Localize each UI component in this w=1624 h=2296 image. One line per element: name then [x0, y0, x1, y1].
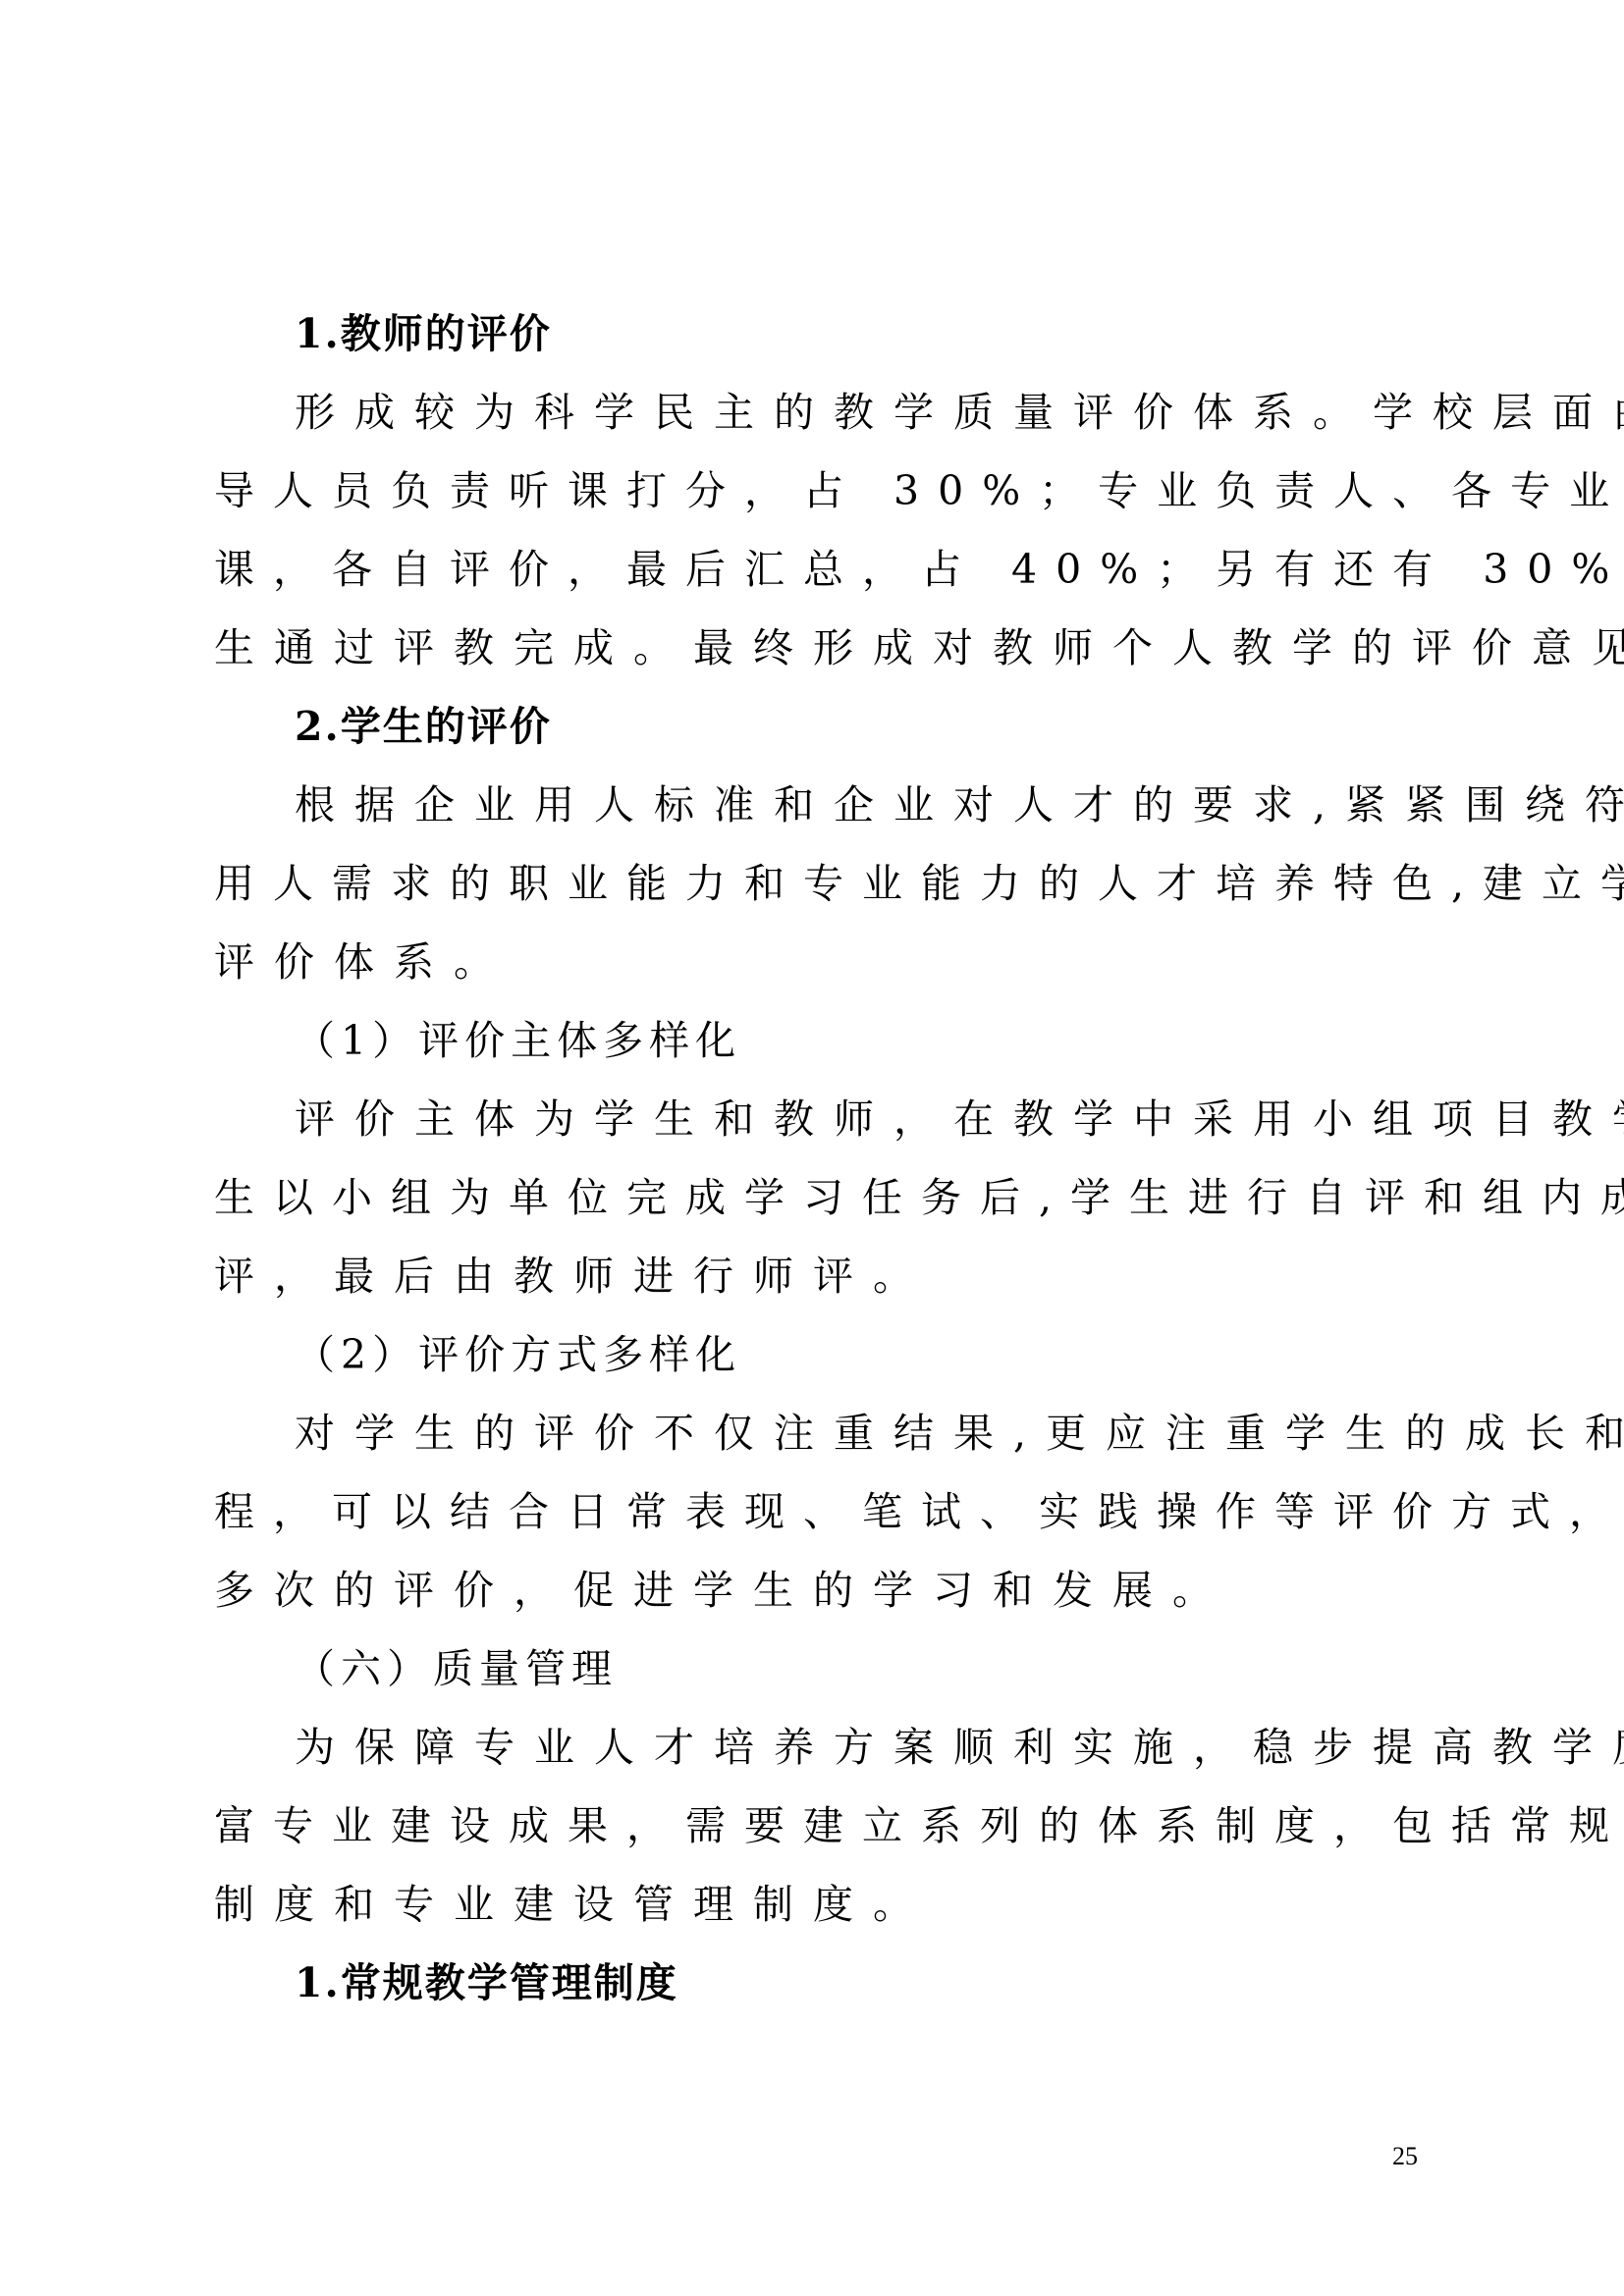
paragraph-line: 生通过评教完成。最终形成对教师个人教学的评价意见。 — [214, 624, 1422, 671]
paragraph-line: 评价主体为学生和教师，在教学中采用小组项目教学法，学 — [295, 1095, 1502, 1143]
paragraph-line: 课，各自评价，最后汇总，占 40%；另有还有 30%的评价是由学 — [214, 546, 1422, 593]
paragraph-line: 评价体系。 — [214, 938, 1422, 986]
paragraph-line: 形成较为科学民主的教学质量评价体系。学校层面由教学督 — [295, 389, 1502, 436]
paragraph-line: 程，可以结合日常表现、笔试、实践操作等评价方式，给予学生 — [214, 1488, 1422, 1535]
page-number: 25 — [1392, 2142, 1418, 2171]
paragraph-line: 富专业建设成果，需要建立系列的体系制度，包括常规教学管理 — [214, 1802, 1422, 1849]
document-page: 1.教师的评价 形成较为科学民主的教学质量评价体系。学校层面由教学督 导人员负责… — [0, 0, 1624, 2296]
paragraph-line: 用人需求的职业能力和专业能力的人才培养特色,建立学生质量 — [214, 860, 1422, 907]
paragraph-line: 根据企业用人标准和企业对人才的要求,紧紧围绕符合企业 — [295, 781, 1502, 828]
heading-teacher-evaluation: 1.教师的评价 — [295, 310, 1502, 357]
subheading-quality-management: （六）质量管理 — [295, 1645, 1502, 1692]
heading-routine-teaching-management: 1.常规教学管理制度 — [295, 1959, 1502, 2006]
paragraph-line: 对学生的评价不仅注重结果,更应注重学生的成长和学习过 — [295, 1410, 1502, 1457]
paragraph-line: 导人员负责听课打分，占 30%；专业负责人、各专业教师分别听 — [214, 467, 1422, 514]
paragraph-line: 生以小组为单位完成学习任务后,学生进行自评和组内成员的互 — [214, 1174, 1422, 1221]
subheading-evaluation-methods: （2）评价方式多样化 — [295, 1331, 1502, 1378]
paragraph-line: 为保障专业人才培养方案顺利实施，稳步提高教学质量，丰 — [295, 1724, 1502, 1771]
paragraph-line: 制度和专业建设管理制度。 — [214, 1881, 1422, 1928]
subheading-evaluation-subjects: （1）评价主体多样化 — [295, 1017, 1502, 1064]
paragraph-line: 多次的评价，促进学生的学习和发展。 — [214, 1567, 1422, 1614]
paragraph-line: 评，最后由教师进行师评。 — [214, 1253, 1422, 1300]
heading-student-evaluation: 2.学生的评价 — [295, 703, 1502, 750]
